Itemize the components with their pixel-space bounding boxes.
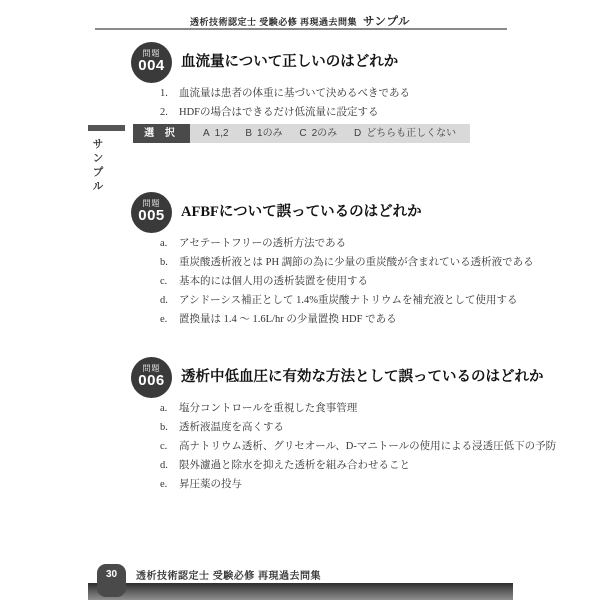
choice-bar-label: 選 択 [133,124,190,143]
option-row: d. アシドーシス補正として 1.4%重炭酸ナトリウムを補充液として使用する [160,291,483,310]
footer-gradient-bar [88,583,513,600]
option-row: 2. HDFの場合はできるだけ低流量に設定する [160,103,483,122]
question-005-badge: 問題 005 [131,192,172,233]
option-marker: c. [160,437,179,456]
option-marker: b. [160,418,179,437]
choice-letter: D [354,128,361,139]
footer-page-number: 30 [97,564,126,597]
question-005-title: AFBFについて誤っているのはどれか [181,192,483,233]
choice-text: 1,2 [215,128,229,139]
choice-text: 1のみ [257,128,283,139]
option-text: 血流量は患者の体重に基づいて決めるべきである [179,84,410,103]
document-page: { "header": { "booklet_title": "透析技術認定士 … [0,0,600,600]
choice-item-a: A1,2 [203,128,229,139]
option-text: 置換量は 1.4 〜 1.6L/hr の少量置換 HDF である [179,310,397,329]
question-006-options: a. 塩分コントロールを重視した食事管理 b. 透析液温度を高くする c. 高ナ… [160,399,483,494]
option-row: b. 重炭酸透析液とは PH 調節の為に少量の重炭酸が含まれている透析液である [160,253,483,272]
choice-text: 2のみ [312,128,338,139]
option-row: e. 置換量は 1.4 〜 1.6L/hr の少量置換 HDF である [160,310,483,329]
option-text: 昇圧薬の投与 [179,475,242,494]
question-block-005: 問題 005 AFBFについて誤っているのはどれか a. アセテートフリーの透析… [131,192,483,329]
option-marker: d. [160,456,179,475]
option-row: d. 限外濾過と除水を抑えた透析を組み合わせること [160,456,483,475]
option-row: c. 高ナトリウム透析、グリセオール、D-マニトールの使用による浸透圧低下の予防 [160,437,483,456]
option-marker: e. [160,475,179,494]
option-marker: b. [160,253,179,272]
footer-booklet-title: 透析技術認定士 受験必修 再現過去問集 [136,567,321,582]
header-sample-label: サンプル [363,16,410,28]
choice-letter: A [203,128,210,139]
option-row: 1. 血流量は患者の体重に基づいて決めるべきである [160,84,483,103]
option-row: c. 基本的には個人用の透析装置を使用する [160,272,483,291]
badge-number: 006 [131,373,172,389]
option-marker: d. [160,291,179,310]
option-marker: a. [160,234,179,253]
option-row: e. 昇圧薬の投与 [160,475,483,494]
option-row: b. 透析液温度を高くする [160,418,483,437]
option-text: 透析液温度を高くする [179,418,284,437]
option-text: HDFの場合はできるだけ低流量に設定する [179,103,379,122]
choice-item-b: B1のみ [245,128,282,139]
choice-bar: 選 択 A1,2 B1のみ C2のみ Dどちらも正しくない [133,124,467,143]
option-row: a. 塩分コントロールを重視した食事管理 [160,399,483,418]
option-text: 重炭酸透析液とは PH 調節の為に少量の重炭酸が含まれている透析液である [179,253,534,272]
choice-letter: C [299,128,306,139]
question-004-header: 問題 004 血流量について正しいのはどれか [131,42,483,83]
badge-number: 004 [131,58,172,74]
sidebar-tab-bar [88,125,125,131]
choice-text: どちらも正しくない [366,128,456,139]
question-004-title: 血流量について正しいのはどれか [181,42,483,83]
option-text: 限外濾過と除水を抑えた透析を組み合わせること [179,456,410,475]
option-marker: 1. [160,84,179,103]
sidebar-tab-label: サンプル [89,138,105,194]
header-divider [95,28,507,30]
question-005-header: 問題 005 AFBFについて誤っているのはどれか [131,192,483,233]
choice-item-c: C2のみ [299,128,337,139]
header-booklet-title: 透析技術認定士 受験必修 再現過去問集 [190,17,357,27]
option-text: 塩分コントロールを重視した食事管理 [179,399,357,418]
option-marker: e. [160,310,179,329]
option-marker: c. [160,272,179,291]
option-text: アセテートフリーの透析方法である [179,234,346,253]
badge-number: 005 [131,208,172,224]
question-004-badge: 問題 004 [131,42,172,83]
question-006-badge: 問題 006 [131,357,172,398]
question-006-header: 問題 006 透析中低血圧に有効な方法として誤っているのはどれか [131,357,483,398]
choice-item-d: Dどちらも正しくない [354,128,456,139]
option-marker: a. [160,399,179,418]
question-004-options: 1. 血流量は患者の体重に基づいて決めるべきである 2. HDFの場合はできるだ… [160,84,483,122]
option-marker: 2. [160,103,179,122]
choice-letter: B [245,128,252,139]
option-text: 高ナトリウム透析、グリセオール、D-マニトールの使用による浸透圧低下の予防 [179,437,556,456]
question-block-006: 問題 006 透析中低血圧に有効な方法として誤っているのはどれか a. 塩分コン… [131,357,483,494]
option-row: a. アセテートフリーの透析方法である [160,234,483,253]
question-006-title: 透析中低血圧に有効な方法として誤っているのはどれか [181,357,483,398]
option-text: 基本的には個人用の透析装置を使用する [179,272,368,291]
choice-bar-options: A1,2 B1のみ C2のみ Dどちらも正しくない [190,124,470,143]
question-block-004: 問題 004 血流量について正しいのはどれか 1. 血流量は患者の体重に基づいて… [131,42,483,143]
question-005-options: a. アセテートフリーの透析方法である b. 重炭酸透析液とは PH 調節の為に… [160,234,483,329]
option-text: アシドーシス補正として 1.4%重炭酸ナトリウムを補充液として使用する [179,291,517,310]
